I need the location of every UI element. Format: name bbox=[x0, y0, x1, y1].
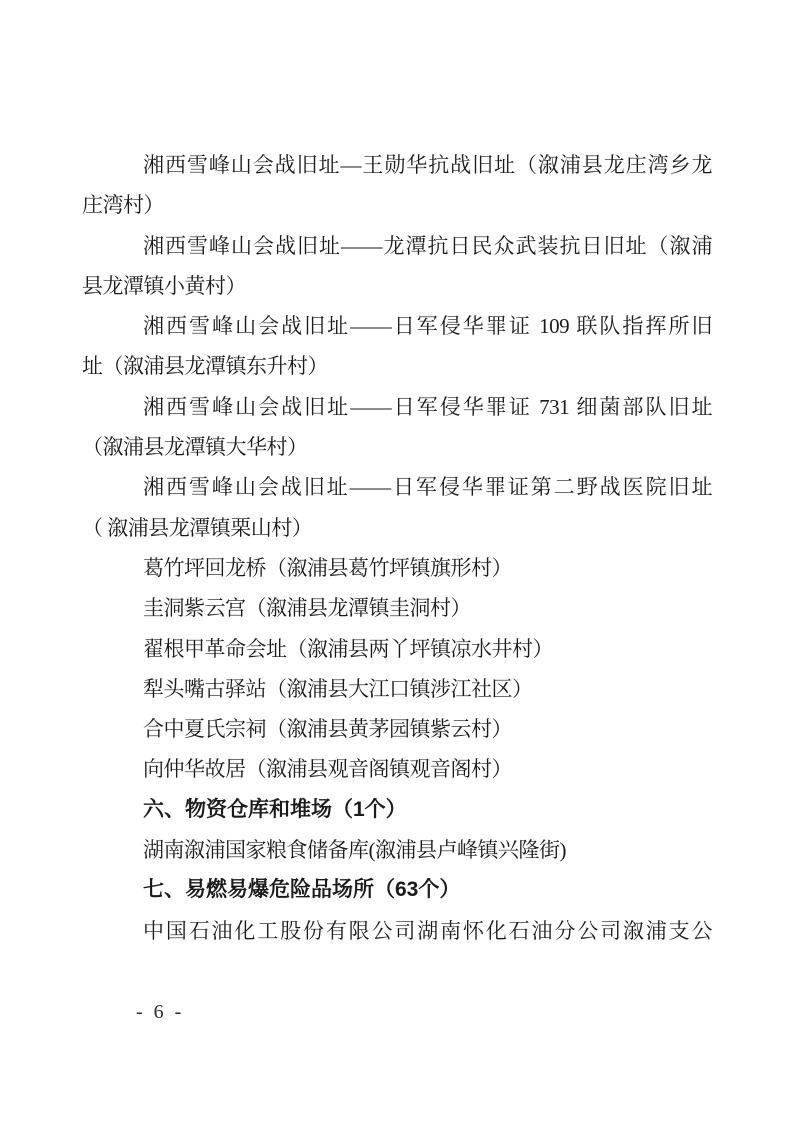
text-line: （溆浦县龙潭镇大华村） bbox=[82, 427, 712, 467]
text-line: 湘西雪峰山会战旧址——龙潭抗日民众武装抗日旧址（溆浦 bbox=[82, 226, 712, 266]
text-line: 湘西雪峰山会战旧址——日军侵华罪证 109 联队指挥所旧 bbox=[82, 306, 712, 346]
text-line: 中国石油化工股份有限公司湖南怀化石油分公司溆浦支公 bbox=[82, 911, 712, 951]
text-line: 址（溆浦县龙潭镇东升村） bbox=[82, 346, 712, 386]
text-line: 合中夏氏宗祠（溆浦县黄茅园镇紫云村） bbox=[82, 709, 712, 749]
section-heading-6: 六、物资仓库和堆场（1个） bbox=[82, 790, 712, 830]
text-line: （ 溆浦县龙潭镇栗山村） bbox=[82, 508, 712, 548]
text-line: 葛竹坪回龙桥（溆浦县葛竹坪镇旗形村） bbox=[82, 548, 712, 588]
text-line: 湘西雪峰山会战旧址——日军侵华罪证 731 细菌部队旧址 bbox=[82, 387, 712, 427]
text-line: 湖南溆浦国家粮食储备库(溆浦县卢峰镇兴隆街) bbox=[82, 830, 712, 870]
text-line: 圭洞紫云宫（溆浦县龙潭镇圭洞村） bbox=[82, 588, 712, 628]
text-line: 向仲华故居（溆浦县观音阁镇观音阁村） bbox=[82, 749, 712, 789]
section-heading-7: 七、易燃易爆危险品场所（63个） bbox=[82, 870, 712, 910]
page-number: - 6 - bbox=[136, 1001, 184, 1023]
text-line: 湘西雪峰山会战旧址—王勋华抗战旧址（溆浦县龙庄湾乡龙 bbox=[82, 145, 712, 185]
document-body: 湘西雪峰山会战旧址—王勋华抗战旧址（溆浦县龙庄湾乡龙 庄湾村） 湘西雪峰山会战旧… bbox=[82, 145, 712, 951]
text-line: 犁头嘴古驿站（溆浦县大江口镇涉江社区） bbox=[82, 669, 712, 709]
text-line: 县龙潭镇小黄村） bbox=[82, 266, 712, 306]
page-footer: - 6 - bbox=[136, 1001, 184, 1024]
text-line: 庄湾村） bbox=[82, 185, 712, 225]
text-line: 翟根甲革命会址（溆浦县两丫坪镇凉水井村） bbox=[82, 629, 712, 669]
text-line: 湘西雪峰山会战旧址——日军侵华罪证第二野战医院旧址 bbox=[82, 467, 712, 507]
